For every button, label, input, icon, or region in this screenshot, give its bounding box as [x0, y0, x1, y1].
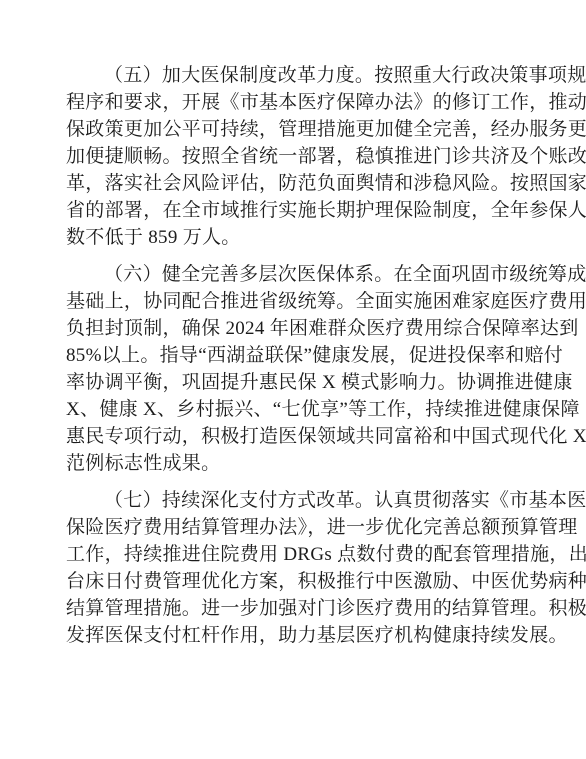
text-line: 惠民专项行动，积极打造医保领域共同富裕和中国式现代化 X [66, 423, 498, 450]
text-line: 结算管理措施。进一步加强对门诊医疗费用的结算管理。积极 [66, 595, 498, 622]
text-line: 省的部署，在全市域推行实施长期护理保险制度，全年参保人 [66, 197, 498, 224]
text-line: 基础上，协同配合推进省级统筹。全面实施困难家庭医疗费用 [66, 288, 498, 315]
text-line: 保险医疗费用结算管理办法》，进一步优化完善总额预算管理 [66, 514, 498, 541]
text-line: 保政策更加公平可持续，管理措施更加健全完善，经办服务更 [66, 116, 498, 143]
text-line: 数不低于 859 万人。 [66, 224, 498, 251]
text-line: 85%以上。指导“西湖益联保”健康发展，促进投保率和赔付 [66, 342, 498, 369]
text-line: 程序和要求，开展《市基本医疗保障办法》的修订工作，推动医 [66, 89, 498, 116]
paragraph-5: （五）加大医保制度改革力度。按照重大行政决策事项规定 程序和要求，开展《市基本医… [66, 62, 498, 251]
text-line: 发挥医保支付杠杆作用，助力基层医疗机构健康持续发展。 [66, 622, 498, 649]
text-line: （六）健全完善多层次医保体系。在全面巩固市级统筹成果 [66, 261, 498, 288]
text-line: 率协调平衡，巩固提升惠民保 X 模式影响力。协调推进健康 [66, 369, 498, 396]
text-line: X、健康 X、乡村振兴、“七优享”等工作，持续推进健康保障 [66, 396, 498, 423]
text-line: 加便捷顺畅。按照全省统一部署，稳慎推进门诊共济及个账改 [66, 143, 498, 170]
text-line: 台床日付费管理优化方案，积极推行中医激励、中医优势病种 [66, 568, 498, 595]
document-page: （五）加大医保制度改革力度。按照重大行政决策事项规定 程序和要求，开展《市基本医… [0, 0, 586, 759]
text-line: （七）持续深化支付方式改革。认真贯彻落实《市基本医疗 [66, 487, 498, 514]
text-line: 范例标志性成果。 [66, 450, 498, 477]
paragraph-7: （七）持续深化支付方式改革。认真贯彻落实《市基本医疗 保险医疗费用结算管理办法》… [66, 487, 498, 649]
text-line: （五）加大医保制度改革力度。按照重大行政决策事项规定 [66, 62, 498, 89]
text-line: 工作，持续推进住院费用 DRGs 点数付费的配套管理措施，出 [66, 541, 498, 568]
text-line: 革，落实社会风险评估，防范负面舆情和涉稳风险。按照国家和 [66, 170, 498, 197]
text-line: 负担封顶制，确保 2024 年困难群众医疗费用综合保障率达到 [66, 315, 498, 342]
paragraph-6: （六）健全完善多层次医保体系。在全面巩固市级统筹成果 基础上，协同配合推进省级统… [66, 261, 498, 477]
text-column: （五）加大医保制度改革力度。按照重大行政决策事项规定 程序和要求，开展《市基本医… [66, 62, 498, 659]
